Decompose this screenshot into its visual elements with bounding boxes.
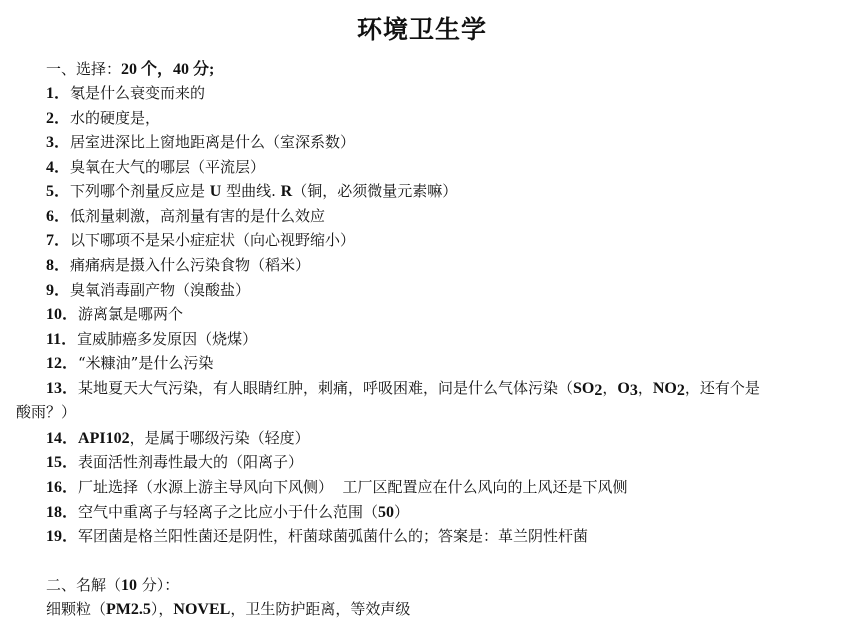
question-6: 6．低剂量刺激，高剂量有害的是什么效应 bbox=[46, 206, 325, 227]
question-text: 臭氧在大气的哪层（平流层） bbox=[70, 158, 265, 176]
question-bold: U bbox=[210, 183, 222, 200]
question-text: 厂址选择（水源上游主导风向下风侧） 工厂区配置应在什么风向的上风还是下风侧 bbox=[78, 478, 628, 496]
question-12: 12．“米糠油”是什么污染 bbox=[46, 353, 213, 374]
question-8: 8．痛痛病是摄入什么污染食物（稻米） bbox=[46, 255, 310, 276]
question-number: 14． bbox=[46, 430, 78, 447]
question-text: 某地夏天大气污染，有人眼睛红肿，刺痛，呼吸困难，问是什么气体污染（ bbox=[78, 379, 573, 397]
subscript: 3 bbox=[630, 382, 638, 399]
term-text: ）， bbox=[151, 600, 174, 618]
formula-no2: NO bbox=[653, 380, 677, 397]
question-text: 军团菌是格兰阳性菌还是阴性，杆菌球菌弧菌什么的；答案是：革兰阴性杆菌 bbox=[78, 527, 588, 545]
question-number: 4． bbox=[46, 159, 70, 176]
question-3: 3．居室进深比上窗地距离是什么（室深系数） bbox=[46, 132, 355, 153]
question-text: 水的硬度是， bbox=[70, 109, 160, 127]
question-text: 游离氯是哪两个 bbox=[78, 305, 183, 323]
question-5: 5．下列哪个剂量反应是 U 型曲线. R（铜，必须微量元素嘛） bbox=[46, 181, 457, 202]
question-number: 8． bbox=[46, 257, 70, 274]
question-1: 1．氡是什么衰变而来的 bbox=[46, 83, 205, 104]
question-16: 16．厂址选择（水源上游主导风向下风侧） 工厂区配置应在什么风向的上风还是下风侧 bbox=[46, 477, 628, 498]
question-15: 15．表面活性剂毒性最大的（阳离子） bbox=[46, 452, 303, 473]
question-2: 2．水的硬度是， bbox=[46, 108, 160, 129]
formula-so2: SO bbox=[573, 380, 594, 397]
question-number: 9． bbox=[46, 282, 70, 299]
question-text: 臭氧消毒副产物（溴酸盐） bbox=[70, 281, 250, 299]
question-number: 12． bbox=[46, 355, 78, 372]
question-11: 11．宣威肺癌多发原因（烧煤） bbox=[46, 329, 257, 350]
term-text: 细颗粒（ bbox=[46, 600, 106, 618]
separator: ， bbox=[638, 379, 653, 397]
question-bold: API102 bbox=[78, 430, 130, 447]
term-bold: PM2.5 bbox=[106, 601, 151, 618]
question-text: 氡是什么衰变而来的 bbox=[70, 84, 205, 102]
question-text: 空气中重离子与轻离子之比应小于什么范围（ bbox=[78, 503, 378, 521]
question-number: 19． bbox=[46, 528, 78, 545]
question-number: 11． bbox=[46, 331, 77, 348]
question-text: ，是属于哪级污染（轻度） bbox=[130, 429, 310, 447]
question-number: 15． bbox=[46, 454, 78, 471]
question-text: 居室进深比上窗地距离是什么（室深系数） bbox=[70, 133, 355, 151]
question-7: 7．以下哪项不是呆小症症状（向心视野缩小） bbox=[46, 230, 355, 251]
question-text: （铜，必须微量元素嘛） bbox=[292, 182, 457, 200]
question-13: 13．某地夏天大气污染，有人眼睛红肿，刺痛，呼吸困难，问是什么气体污染（SO2，… bbox=[46, 378, 760, 401]
formula-o3: O bbox=[617, 380, 629, 397]
question-4: 4．臭氧在大气的哪层（平流层） bbox=[46, 157, 265, 178]
section1-heading: 一、选择：20 个，40 分; bbox=[46, 59, 214, 80]
question-bold: R bbox=[281, 183, 293, 200]
section1-heading-score: 20 个，40 分; bbox=[121, 61, 214, 78]
question-18: 18．空气中重离子与轻离子之比应小于什么范围（50） bbox=[46, 502, 409, 523]
question-text: 宣威肺癌多发原因（烧煤） bbox=[77, 330, 257, 348]
question-number: 16． bbox=[46, 479, 78, 496]
section2-terms: 细颗粒（PM2.5），NOVEL，卫生防护距离，等效声级 bbox=[46, 599, 410, 620]
subscript: 2 bbox=[677, 382, 685, 399]
question-number: 3． bbox=[46, 134, 70, 151]
separator: ， bbox=[602, 379, 617, 397]
document-title: 环境卫生学 bbox=[0, 10, 844, 46]
question-number: 7． bbox=[46, 232, 70, 249]
question-number: 10． bbox=[46, 306, 78, 323]
question-bold: 50 bbox=[378, 504, 394, 521]
question-number: 6． bbox=[46, 208, 70, 225]
question-text: ，还有个是 bbox=[685, 379, 760, 397]
question-text: “米糠油”是什么污染 bbox=[78, 354, 213, 372]
term-text: ，卫生防护距离，等效声级 bbox=[230, 600, 410, 618]
section2-heading-suffix: 分）： bbox=[137, 576, 179, 594]
question-text: ） bbox=[394, 503, 409, 521]
question-text: 以下哪项不是呆小症症状（向心视野缩小） bbox=[70, 231, 355, 249]
question-19: 19．军团菌是格兰阳性菌还是阴性，杆菌球菌弧菌什么的；答案是：革兰阴性杆菌 bbox=[46, 526, 588, 547]
question-number: 18． bbox=[46, 504, 78, 521]
section1-heading-prefix: 一、选择： bbox=[46, 60, 121, 78]
question-text: 下列哪个剂量反应是 bbox=[70, 182, 210, 200]
question-10: 10．游离氯是哪两个 bbox=[46, 304, 183, 325]
question-number: 2． bbox=[46, 110, 70, 127]
section2-heading-prefix: 二、名解（ bbox=[46, 576, 121, 594]
question-number: 5． bbox=[46, 183, 70, 200]
term-bold: NOVEL bbox=[173, 601, 230, 618]
section2-heading-score: 10 bbox=[121, 577, 137, 594]
question-number: 13． bbox=[46, 380, 78, 397]
question-text: 痛痛病是摄入什么污染食物（稻米） bbox=[70, 256, 310, 274]
question-14: 14．API102，是属于哪级污染（轻度） bbox=[46, 428, 310, 449]
question-text: 表面活性剂毒性最大的（阳离子） bbox=[78, 453, 303, 471]
section2-heading: 二、名解（10 分）： bbox=[46, 575, 179, 596]
question-text: 低剂量刺激，高剂量有害的是什么效应 bbox=[70, 207, 325, 225]
question-number: 1． bbox=[46, 85, 70, 102]
question-9: 9．臭氧消毒副产物（溴酸盐） bbox=[46, 280, 250, 301]
question-text: 型曲线. bbox=[221, 182, 280, 200]
question-13-continuation: 酸雨？） bbox=[16, 402, 76, 422]
